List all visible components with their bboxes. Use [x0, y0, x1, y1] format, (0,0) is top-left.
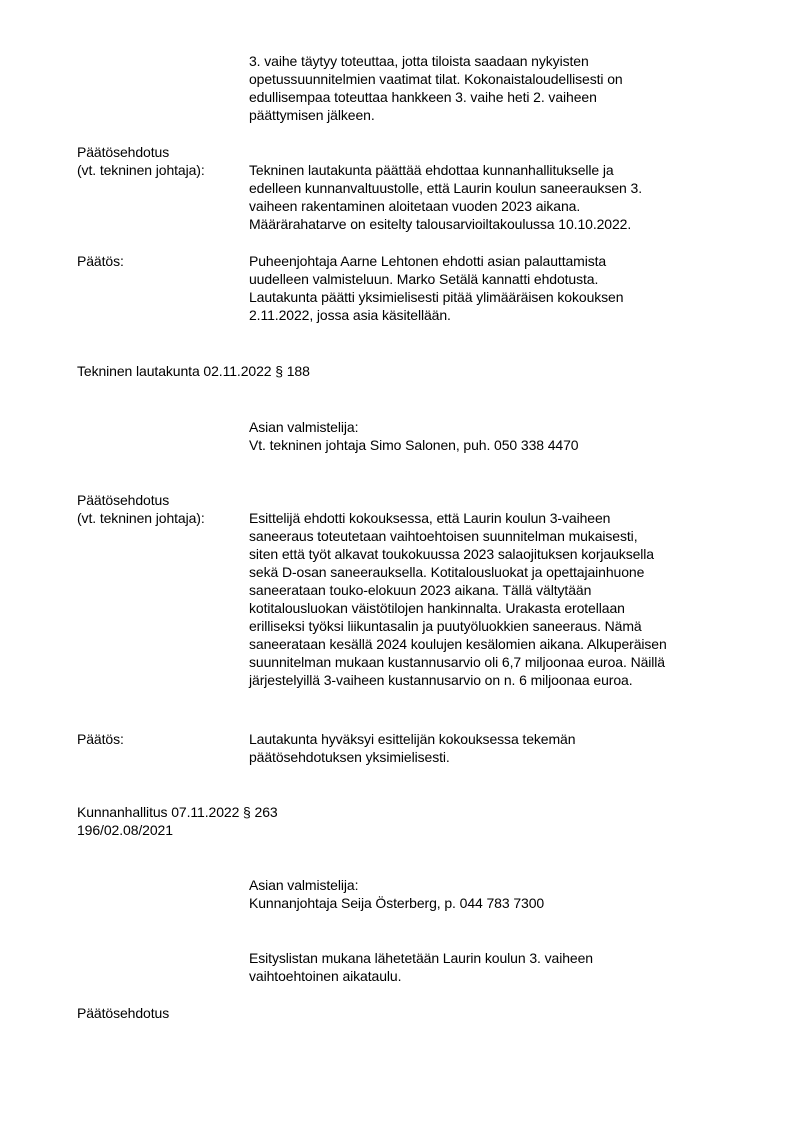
section-heading: Tekninen lautakunta 02.11.2022 § 188	[77, 362, 310, 380]
proposal-line: Esittelijä ehdotti kokouksessa, että Lau…	[249, 509, 610, 527]
decision-label: Päätös:	[77, 252, 124, 270]
proposal-line: erilliseksi työksi liikuntasalin ja puut…	[249, 617, 642, 635]
proposal-line: siten että työt alkavat toukokuussa 2023…	[249, 545, 654, 563]
preparer-label: Asian valmistelija:	[249, 876, 358, 894]
proposal-line: edelleen kunnanvaltuustolle, että Laurin…	[249, 179, 642, 197]
proposal-line: Määrärahatarve on esitelty talousarvioil…	[249, 215, 631, 233]
preparer-info: Vt. tekninen johtaja Simo Salonen, puh. …	[249, 436, 579, 454]
proposal-line: suunnitelman mukaan kustannusarvio oli 6…	[249, 653, 665, 671]
intro-line: edullisempaa toteuttaa hankkeen 3. vaihe…	[249, 88, 597, 106]
proposal-line: saneeraus toteutetaan vaihtoehtoisen suu…	[249, 527, 638, 545]
proposal-line: järjestelyillä 3-vaiheen kustannusarvio …	[249, 671, 633, 689]
decision-line: Lautakunta hyväksyi esittelijän kokoukse…	[249, 730, 575, 748]
preparer-info: Kunnanjohtaja Seija Österberg, p. 044 78…	[249, 894, 544, 912]
proposal-line: saneerataan touko-elokuun 2023 aikana. T…	[249, 581, 591, 599]
decision-line: 2.11.2022, jossa asia käsitellään.	[249, 306, 451, 324]
preparer-label: Asian valmistelija:	[249, 418, 358, 436]
proposal-sublabel: (vt. tekninen johtaja):	[77, 509, 205, 527]
intro-line: 3. vaihe täytyy toteuttaa, jotta tiloist…	[249, 52, 589, 70]
proposal-line: vaiheen rakentaminen aloitetaan vuoden 2…	[249, 197, 580, 215]
proposal-line: Tekninen lautakunta päättää ehdottaa kun…	[249, 161, 614, 179]
proposal-sublabel: (vt. tekninen johtaja):	[77, 161, 205, 179]
proposal-label: Päätösehdotus	[77, 143, 169, 161]
decision-line: Lautakunta päätti yksimielisesti pitää y…	[249, 288, 623, 306]
proposal-label: Päätösehdotus	[77, 1004, 169, 1022]
decision-line: uudelleen valmisteluun. Marko Setälä kan…	[249, 270, 598, 288]
note-line: Esityslistan mukana lähetetään Laurin ko…	[249, 949, 593, 967]
decision-line: Puheenjohtaja Aarne Lehtonen ehdotti asi…	[249, 252, 606, 270]
proposal-line: saneerataan kesällä 2024 koulujen kesälo…	[249, 635, 667, 653]
proposal-line: kotitalousluokan väistötilojen hankinnal…	[249, 599, 625, 617]
proposal-line: sekä D-osan saneerauksella. Kotitalouslu…	[249, 563, 644, 581]
case-reference: 196/02.08/2021	[77, 821, 173, 839]
section-heading: Kunnanhallitus 07.11.2022 § 263	[77, 803, 278, 821]
proposal-label: Päätösehdotus	[77, 491, 169, 509]
decision-label: Päätös:	[77, 730, 124, 748]
note-line: vaihtoehtoinen aikataulu.	[249, 967, 401, 985]
intro-line: opetussuunnitelmien vaatimat tilat. Koko…	[249, 70, 623, 88]
intro-line: päättymisen jälkeen.	[249, 106, 375, 124]
decision-line: päätösehdotuksen yksimielisesti.	[249, 748, 450, 766]
